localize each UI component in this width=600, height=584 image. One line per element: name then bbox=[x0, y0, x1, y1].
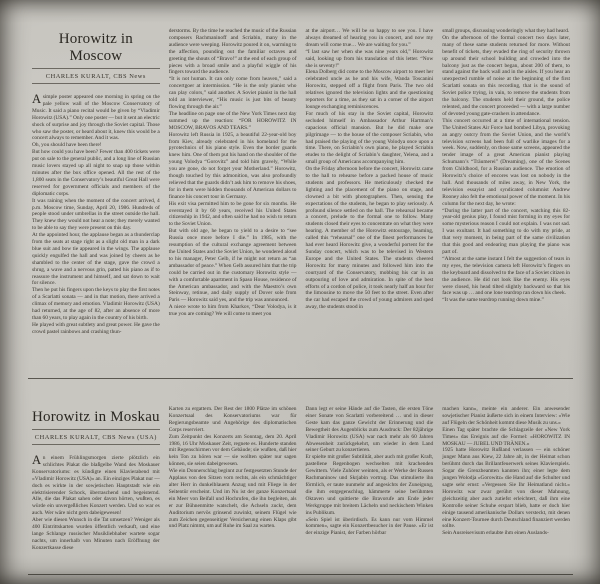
german-column-1-text: An einem Frühlingsmorgen zierte plötzlic… bbox=[32, 455, 160, 552]
english-title: Horowitz in Moscow bbox=[32, 31, 160, 65]
paragraph: Oh, you should have been there! bbox=[32, 142, 160, 149]
german-column-3-text: Dann legt er seine Hände auf die Tasten,… bbox=[306, 406, 434, 537]
paragraph: 1925 hatte Horowitz Rußland verlassen — … bbox=[442, 447, 570, 530]
paragraph: He played with great subtlety and great … bbox=[32, 322, 160, 336]
section-divider-rule bbox=[28, 378, 573, 379]
german-section: Horowitz in Moskau CHARLES KURALT, CBS N… bbox=[32, 406, 570, 572]
header-rule bbox=[32, 68, 160, 69]
bottom-rule bbox=[28, 574, 573, 575]
paragraph: “It is not human. It can only come from … bbox=[169, 76, 297, 111]
paragraph: «Sein Spiel ist überirdisch. Es kann nur… bbox=[306, 517, 434, 538]
paragraph: Dann legt er seine Hände auf die Tasten,… bbox=[306, 406, 434, 454]
german-column-4-text: machen kann», meinte ein anderer. Ein an… bbox=[442, 406, 570, 537]
paragraph: “During the latter part of the concert, … bbox=[442, 208, 570, 256]
german-column-2: Karten zu ergattern. Der Rest der 1800 P… bbox=[169, 406, 297, 572]
paragraph: “I last saw her when she was nine years … bbox=[306, 49, 434, 70]
paragraph: “It was the same teardrop running down m… bbox=[442, 297, 570, 304]
english-column-2: derstorms. By the time he reached the mu… bbox=[169, 28, 297, 348]
paragraph: At the appointed hour, the applause bega… bbox=[32, 232, 160, 287]
paragraph: But with old age, he began to yield to a… bbox=[169, 228, 297, 304]
paragraph: A simple poster appeared one morning in … bbox=[32, 94, 160, 142]
paragraph: For much of his stay in the Soviet capit… bbox=[306, 111, 434, 166]
paragraph: Elena Dolberg did come to the Moscow air… bbox=[306, 69, 434, 110]
paragraph: Karten zu ergattern. Der Rest der 1800 P… bbox=[169, 406, 297, 434]
paragraph: derstorms. By the time he reached the mu… bbox=[169, 28, 297, 76]
english-column-4-text: small groups, discussing wonderingly wha… bbox=[442, 28, 570, 304]
english-column-1-text: A simple poster appeared one morning in … bbox=[32, 94, 160, 336]
german-header: Horowitz in Moskau CHARLES KURALT, CBS N… bbox=[32, 409, 160, 445]
paragraph: machen kann», meinte ein anderer. Ein an… bbox=[442, 406, 570, 427]
header-rule bbox=[32, 444, 160, 445]
paragraph: The headline on page one of the New York… bbox=[169, 111, 297, 132]
paragraph: Zum Zeitpunkt des Konzerts am Sonntag, d… bbox=[169, 434, 297, 469]
english-column-4: small groups, discussing wonderingly wha… bbox=[442, 28, 570, 348]
paragraph: On the afternoon of the formal concert t… bbox=[442, 35, 570, 118]
scanned-liner-notes-page: Horowitz in Moscow CHARLES KURALT, CBS N… bbox=[0, 0, 600, 584]
english-section: Horowitz in Moscow CHARLES KURALT, CBS N… bbox=[32, 28, 570, 348]
paragraph: at the airport… We will be so happy to s… bbox=[306, 28, 434, 49]
paragraph: Horowitz left Russia in 1925, a beautifu… bbox=[169, 132, 297, 201]
paragraph: On the Friday afternoon before the conce… bbox=[306, 166, 434, 311]
german-column-1: Horowitz in Moskau CHARLES KURALT, CBS N… bbox=[32, 406, 160, 572]
english-header: Horowitz in Moscow CHARLES KURALT, CBS N… bbox=[32, 31, 160, 84]
paragraph: Er spielte mit großer Subtilität, aber a… bbox=[306, 454, 434, 516]
paragraph: small groups, discussing wonderingly wha… bbox=[442, 28, 570, 35]
german-title: Horowitz in Moskau bbox=[32, 409, 160, 426]
english-column-1: Horowitz in Moscow CHARLES KURALT, CBS N… bbox=[32, 28, 160, 348]
paragraph: It was raining when the moment of the co… bbox=[32, 198, 160, 233]
english-column-3: at the airport… We will be so happy to s… bbox=[306, 28, 434, 348]
english-byline: CHARLES KURALT, CBS News bbox=[32, 73, 160, 80]
german-column-2-text: Karten zu ergattern. Der Rest der 1800 P… bbox=[169, 406, 297, 530]
paragraph: Sein Ausreisevisum erlaubte ihm einen Au… bbox=[442, 530, 570, 537]
paragraph: This concert occurred at a time of inter… bbox=[442, 118, 570, 208]
paragraph: Then he put his fingers upon the keys to… bbox=[32, 287, 160, 322]
header-rule bbox=[32, 429, 160, 430]
paragraph: Einen Tag später brachte die Schlagzeile… bbox=[442, 427, 570, 448]
paragraph: “Almost at the same instant I felt the s… bbox=[442, 256, 570, 297]
german-column-3: Dann legt er seine Hände auf die Tasten,… bbox=[306, 406, 434, 572]
header-rule bbox=[32, 83, 160, 84]
german-byline: CHARLES KURALT, CBS News (USA) bbox=[32, 434, 160, 441]
paragraph: Wie ein Donnerschlag beginnt zur festges… bbox=[169, 468, 297, 530]
english-column-3-text: at the airport… We will be so happy to s… bbox=[306, 28, 434, 311]
paragraph: A niece wrote to him from Kharkov, “Dear… bbox=[169, 304, 297, 318]
paragraph: But how could you have been? Fewer than … bbox=[32, 149, 160, 197]
paragraph: His exit visa permitted him to be gone f… bbox=[169, 201, 297, 229]
paragraph: Aber wie diesen Wunsch in die Tat umsetz… bbox=[32, 517, 160, 552]
paragraph: An einem Frühlingsmorgen zierte plötzlic… bbox=[32, 455, 160, 517]
english-column-2-text: derstorms. By the time he reached the mu… bbox=[169, 28, 297, 318]
german-column-4: machen kann», meinte ein anderer. Ein an… bbox=[442, 406, 570, 572]
